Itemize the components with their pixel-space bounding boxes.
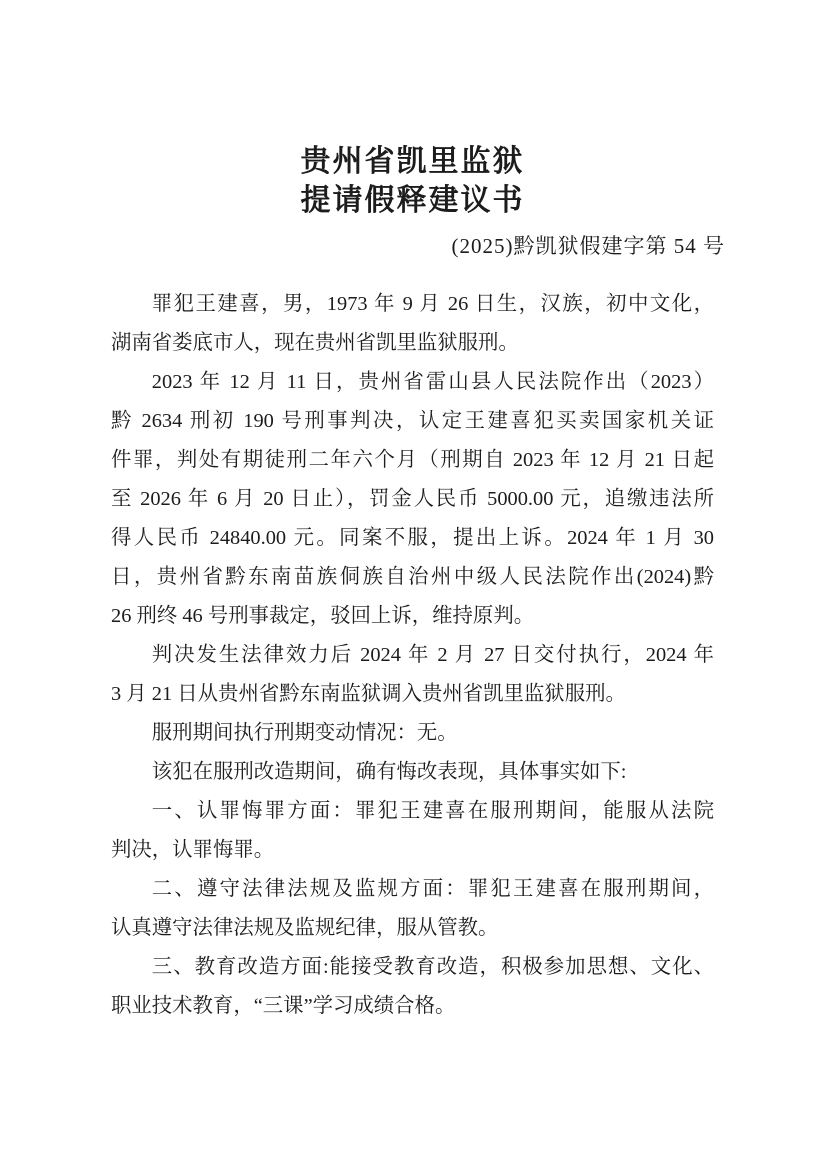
paragraph: 该犯在服刑改造期间，确有悔改表现，具体事实如下: (111, 753, 714, 792)
document-line: 日，贵州省黔东南苗族侗族自治州中级人民法院作出(2024)黔 (111, 558, 714, 597)
document-line: 职业技术教育，“三课”学习成绩合格。 (111, 987, 714, 1026)
document-line: 得人民币 24840.00 元。同案不服，提出上诉。2024 年 1 月 30 (111, 519, 714, 558)
paragraph: 三、教育改造方面:能接受教育改造，积极参加思想、文化、职业技术教育，“三课”学习… (111, 948, 714, 1026)
document-line: 判决发生法律效力后 2024 年 2 月 27 日交付执行，2024 年 (111, 636, 714, 675)
document-line: 2023 年 12 月 11 日，贵州省雷山县人民法院作出（2023） (111, 363, 714, 402)
paragraph: 2023 年 12 月 11 日，贵州省雷山县人民法院作出（2023）黔 263… (111, 363, 714, 636)
document-line: 认真遵守法律法规及监规纪律，服从管教。 (111, 909, 714, 948)
document-title-line-1: 贵州省凯里监狱 (111, 142, 714, 181)
document-title-line-2: 提请假释建议书 (111, 181, 714, 220)
paragraph: 一、认罪悔罪方面：罪犯王建喜在服刑期间，能服从法院判决，认罪悔罪。 (111, 792, 714, 870)
document-page: 贵州省凯里监狱 提请假释建议书 (2025)黔凯狱假建字第 54 号 罪犯王建喜… (0, 0, 827, 1169)
document-line: 罪犯王建喜，男，1973 年 9 月 26 日生，汉族，初中文化， (111, 285, 714, 324)
paragraph: 罪犯王建喜，男，1973 年 9 月 26 日生，汉族，初中文化，湖南省娄底市人… (111, 285, 714, 363)
paragraph: 判决发生法律效力后 2024 年 2 月 27 日交付执行，2024 年3 月 … (111, 636, 714, 714)
document-line: 湖南省娄底市人，现在贵州省凯里监狱服刑。 (111, 324, 714, 363)
document-line: 判决，认罪悔罪。 (111, 831, 714, 870)
document-title: 贵州省凯里监狱 提请假释建议书 (111, 142, 714, 220)
document-line: 至 2026 年 6 月 20 日止），罚金人民币 5000.00 元，追缴违法… (111, 480, 714, 519)
document-line: 黔 2634 刑初 190 号刑事判决，认定王建喜犯买卖国家机关证 (111, 402, 714, 441)
document-line: 26 刑终 46 号刑事裁定，驳回上诉，维持原判。 (111, 597, 714, 636)
paragraph: 二、遵守法律法规及监规方面：罪犯王建喜在服刑期间，认真遵守法律法规及监规纪律，服… (111, 870, 714, 948)
document-line: 服刑期间执行刑期变动情况：无。 (111, 714, 714, 753)
document-line: 件罪，判处有期徒刑二年六个月（刑期自 2023 年 12 月 21 日起 (111, 441, 714, 480)
document-content: 贵州省凯里监狱 提请假释建议书 (2025)黔凯狱假建字第 54 号 罪犯王建喜… (111, 142, 714, 1026)
paragraph: 服刑期间执行刑期变动情况：无。 (111, 714, 714, 753)
document-number: (2025)黔凯狱假建字第 54 号 (111, 231, 725, 261)
document-line: 一、认罪悔罪方面：罪犯王建喜在服刑期间，能服从法院 (111, 792, 714, 831)
document-line: 三、教育改造方面:能接受教育改造，积极参加思想、文化、 (111, 948, 714, 987)
document-body: 罪犯王建喜，男，1973 年 9 月 26 日生，汉族，初中文化，湖南省娄底市人… (111, 285, 714, 1026)
document-line: 二、遵守法律法规及监规方面：罪犯王建喜在服刑期间， (111, 870, 714, 909)
document-line: 该犯在服刑改造期间，确有悔改表现，具体事实如下: (111, 753, 714, 792)
document-line: 3 月 21 日从贵州省黔东南监狱调入贵州省凯里监狱服刑。 (111, 675, 714, 714)
